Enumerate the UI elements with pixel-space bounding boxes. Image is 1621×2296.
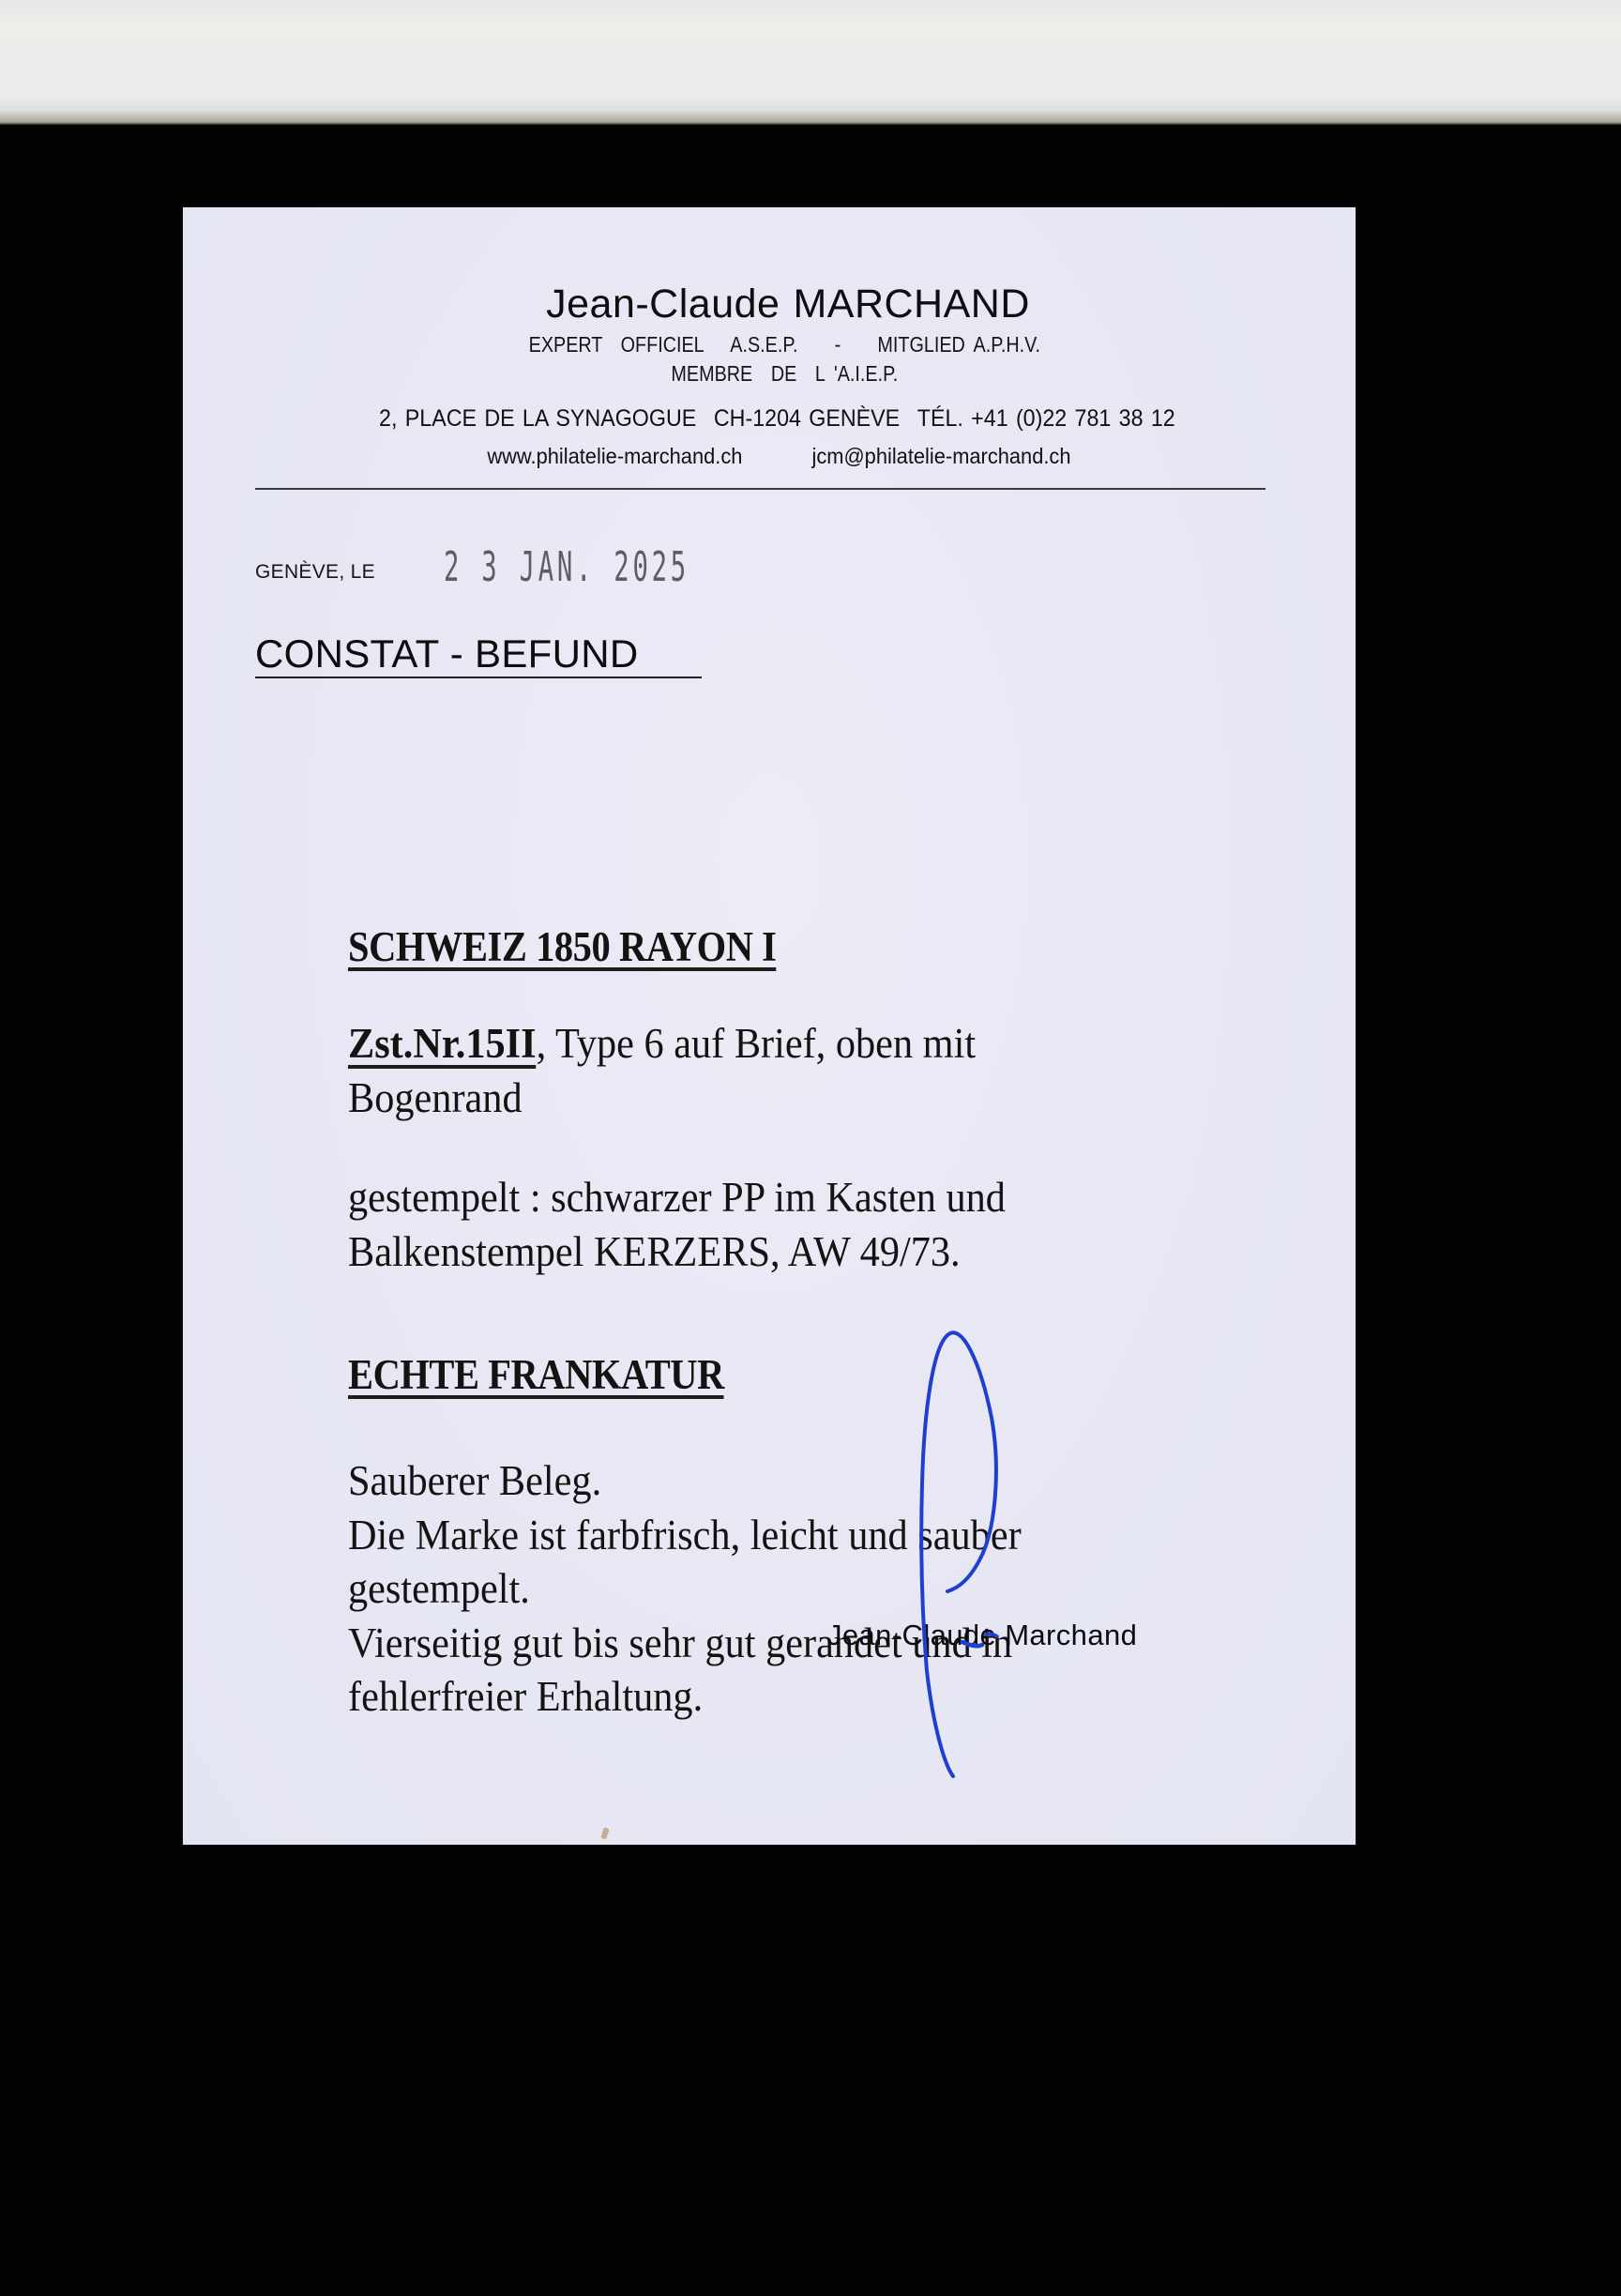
condition-line: Sauberer Beleg. [348,1454,1230,1509]
email-link[interactable]: jcm@philatelie-marchand.ch [812,444,1071,468]
city: CH-1204 GENÈVE [714,405,900,432]
heading-underline [255,677,702,678]
website-link[interactable]: www.philatelie-marchand.ch [487,444,742,468]
document-heading: CONSTAT - BEFUND [255,634,638,674]
paper-speck [600,1827,609,1839]
cancellation-line-1: gestempelt : schwarzer PP im Kasten und [348,1171,1230,1225]
stamp-issue-section: SCHWEIZ 1850 RAYON I [348,920,824,975]
contact-web-line: www.philatelie-marchand.chjcm@philatelie… [212,446,1326,467]
phone: TÉL. +41 (0)22 781 38 12 [917,405,1175,432]
affiliation-line-2: MEMBRE DE L 'A.I.E.P. [265,363,1274,385]
condition-line: gestempelt. [348,1562,1230,1617]
affiliation-line-1: EXPERT OFFICIEL A.S.E.P. - MITGLIED A.P.… [265,334,1274,356]
expert-last-name: MARCHAND [793,281,1029,327]
catalogue-reference: Zst.Nr.15II [348,1022,537,1069]
place-label: GENÈVE, LE [255,562,375,582]
scanner-lid-band [0,0,1621,125]
expert-certificate: Jean-ClaudeMARCHAND EXPERT OFFICIEL A.S.… [183,207,1356,1845]
street-address: 2, PLACE DE LA SYNAGOGUE [379,405,696,432]
letterhead-divider [255,488,1265,490]
verdict-section: ECHTE FRANKATUR [348,1348,765,1403]
description-section: Zst.Nr.15II, Type 6 auf Brief, oben mit … [348,1017,1286,1125]
description-line-2: Bogenrand [348,1072,1230,1126]
expert-name-heading: Jean-ClaudeMARCHAND [183,284,1356,325]
condition-line: fehlerfreier Erhaltung. [348,1670,1230,1725]
condition-line: Die Marke ist farbfrisch, leicht und sau… [348,1509,1230,1563]
date-stamp: 2 3 JAN. 2025 [444,547,689,588]
contact-address-line: 2, PLACE DE LA SYNAGOGUECH-1204 GENÈVETÉ… [224,407,1315,431]
verdict: ECHTE FRANKATUR [348,1354,724,1399]
stamp-issue-title: SCHWEIZ 1850 RAYON I [348,926,776,971]
description-line-1: Zst.Nr.15II, Type 6 auf Brief, oben mit [348,1017,1230,1072]
expert-first-name: Jean-Claude [546,281,780,327]
cancellation-line-2: Balkenstempel KERZERS, AW 49/73. [348,1225,1230,1280]
condition-section: Sauberer Beleg. Die Marke ist farbfrisch… [348,1454,1286,1725]
cancellation-section: gestempelt : schwarzer PP im Kasten und … [348,1171,1286,1279]
signer-printed-name: Jean-Claude Marchand [827,1620,1137,1650]
description-text: , Type 6 auf Brief, oben mit [537,1020,977,1067]
